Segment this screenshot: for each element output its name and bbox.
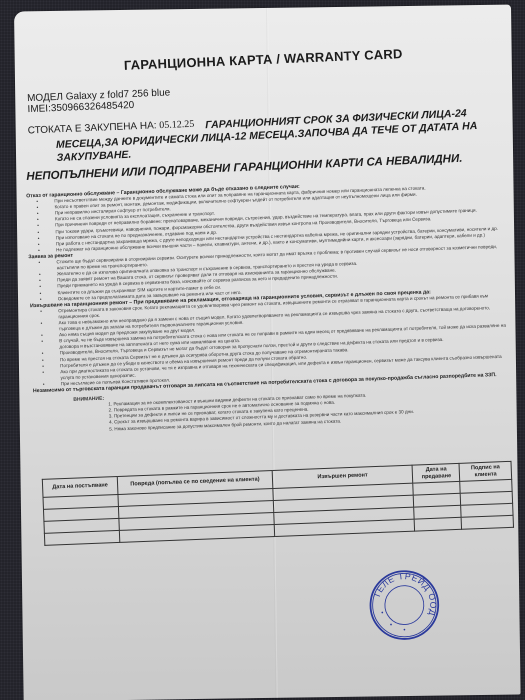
imei-value: 350966326485420 [51,100,135,114]
col-header-returned: Дата на предаване [413,463,461,483]
company-stamp-icon: ТЕЛЕ ТРЕЙД ООД [366,567,442,643]
imei-label: IMEI: [27,103,51,115]
svg-text:ТЕЛЕ ТРЕЙД ООД: ТЕЛЕ ТРЕЙД ООД [371,569,441,617]
repair-log-table-wrap: Дата на постъпване Повреда (попълва се п… [42,461,514,546]
col-header-signature: Подпис на клиента [459,461,511,481]
warranty-repair-list: Отремонтира стоката в законовия срок. Ко… [30,292,510,388]
terms-body: Отказ от гаранционно обслужване – Гаранц… [26,177,512,435]
document-title: ГАРАНЦИОННА КАРТА / WARRANTY CARD [15,42,512,78]
table-cell[interactable] [415,517,462,531]
stamp-text: ТЕЛЕ ТРЕЙД ООД [371,569,441,617]
table-cell[interactable] [461,515,513,529]
warranty-card-paper: ГАРАНЦИОННА КАРТА / WARRANTY CARD МОДЕЛ … [14,5,521,700]
device-info: МОДЕЛ Galaxy z fold7 256 blue IMEI:35096… [27,87,171,115]
table-cell[interactable] [44,530,119,545]
repair-log-table: Дата на постъпване Повреда (попълва се п… [42,461,514,546]
